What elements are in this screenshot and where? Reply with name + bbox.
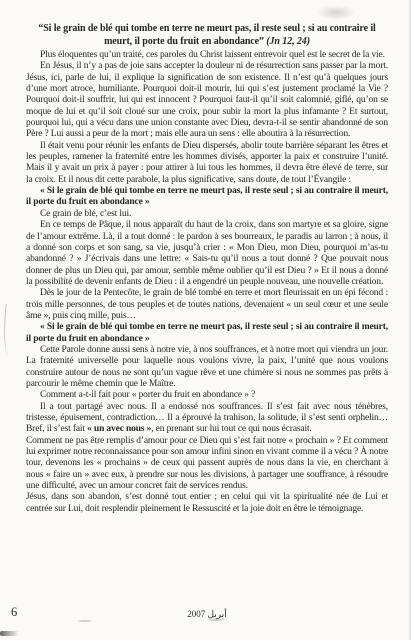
paragraph: « Si le grain de blé qui tombe en terre … <box>26 186 388 209</box>
epigraph: “Si le grain de blé qui tombe en terre n… <box>26 23 388 48</box>
paragraph: Comment ne pas être remplis d’amour pour… <box>26 436 388 493</box>
page-number: 6 <box>11 605 17 620</box>
scan-speck <box>78 620 92 622</box>
scan-corner-smudge <box>0 631 19 636</box>
scanned-page: “Si le grain de blé qui tombe en terre n… <box>0 0 411 640</box>
paragraph: Ce grain de blé, c’est lui. <box>26 209 388 220</box>
paragraph: En Jésus, il n’y a pas de joie sans acce… <box>26 61 388 140</box>
paragraph: Comment a-t-il fait pour « porter du fru… <box>26 390 388 401</box>
body-text: Plus éloquentes qu’un traité, ces parole… <box>26 50 388 515</box>
scan-smudge <box>316 5 356 20</box>
paragraph: Jésus, dans son abandon, s’est donné tou… <box>26 492 388 515</box>
paragraph: Dès le jour de la Pentecôte, le grain de… <box>26 288 388 322</box>
text-block: “Si le grain de blé qui tombe en terre n… <box>26 23 388 515</box>
paragraph: Il a tout partagé avec nous. Il a endoss… <box>26 402 388 436</box>
paragraph: Il était venu pour réunir les enfants de… <box>26 141 388 186</box>
footer-date: أبريل 2007 <box>26 609 388 620</box>
paragraph: Plus éloquentes qu’un traité, ces parole… <box>26 50 388 61</box>
epigraph-quote: “Si le grain de blé qui tombe en terre n… <box>38 23 375 47</box>
scan-hairline-artifact <box>0 304 14 357</box>
scripture-reference: (Jn 12, 24) <box>266 36 310 47</box>
paragraph: « Si le grain de blé qui tombe en terre … <box>26 322 388 345</box>
paragraph: En ce temps de Pâque, il nous apparaît d… <box>26 220 388 288</box>
paragraph: Cette Parole donne aussi sens à notre vi… <box>26 345 388 390</box>
